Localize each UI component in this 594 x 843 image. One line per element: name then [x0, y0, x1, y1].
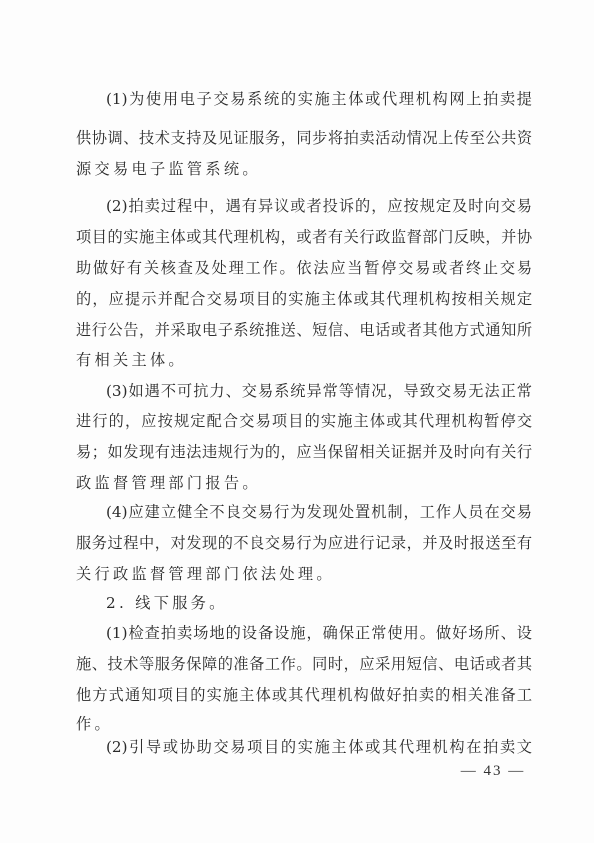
paragraph-5-line-3: 他方式通知项目的实施主体或其代理机构做好拍卖的相关准备工	[76, 685, 532, 705]
paragraph-5-line-1: (1)检查拍卖场地的设备设施，确保正常使用。做好场所、设	[76, 623, 532, 643]
paragraph-4-line-1: (4)应建立健全不良交易行为发现处置机制，工作人员在交易	[76, 502, 532, 522]
paragraph-1-line-3: 源交易电子监管系统。	[76, 159, 532, 179]
paragraph-3-line-4: 政监督管理部门报告。	[76, 473, 532, 493]
paragraph-1-line-2: 供协调、技术支持及见证服务，同步将拍卖活动情况上传至公共资	[76, 128, 532, 148]
page-number: — 43 —	[458, 763, 528, 780]
paragraph-2-line-4: 的，应提示并配合交易项目的实施主体或其代理机构按相关规定	[76, 289, 532, 309]
paragraph-1-line-1: (1)为使用电子交易系统的实施主体或代理机构网上拍卖提	[76, 89, 532, 109]
paragraph-3-line-1: (3)如遇不可抗力、交易系统异常等情况，导致交易无法正常	[76, 381, 532, 401]
paragraph-3-line-3: 易；如发现有违法违规行为的，应当保留相关证据并及时向有关行	[76, 442, 532, 462]
paragraph-4-line-2: 服务过程中，对发现的不良交易行为应进行记录，并及时报送至有	[76, 533, 532, 553]
paragraph-5-line-4: 作。	[76, 714, 532, 734]
paragraph-3-line-2: 进行的，应按规定配合交易项目的实施主体或其代理机构暂停交	[76, 411, 532, 431]
paragraph-2-line-1: (2)拍卖过程中，遇有异议或者投诉的，应按规定及时向交易	[76, 196, 532, 216]
paragraph-2-line-2: 项目的实施主体或其代理机构，或者有关行政监督部门反映，并协	[76, 227, 532, 247]
paragraph-2-line-6: 有相关主体。	[76, 350, 532, 370]
section-heading-offline-service: 2. 线下服务。	[76, 593, 532, 613]
paragraph-6-line-1: (2)引导或协助交易项目的实施主体或其代理机构在拍卖文	[76, 737, 532, 757]
paragraph-2-line-5: 进行公告，并采取电子系统推送、短信、电话或者其他方式通知所	[76, 320, 532, 340]
paragraph-2-line-3: 助做好有关核查及处理工作。依法应当暂停交易或者终止交易	[76, 258, 532, 278]
paragraph-5-line-2: 施、技术等服务保障的准备工作。同时，应采用短信、电话或者其	[76, 654, 532, 674]
paragraph-4-line-3: 关行政监督管理部门依法处理。	[76, 564, 532, 584]
document-page: (1)为使用电子交易系统的实施主体或代理机构网上拍卖提 供协调、技术支持及见证服…	[0, 0, 594, 843]
